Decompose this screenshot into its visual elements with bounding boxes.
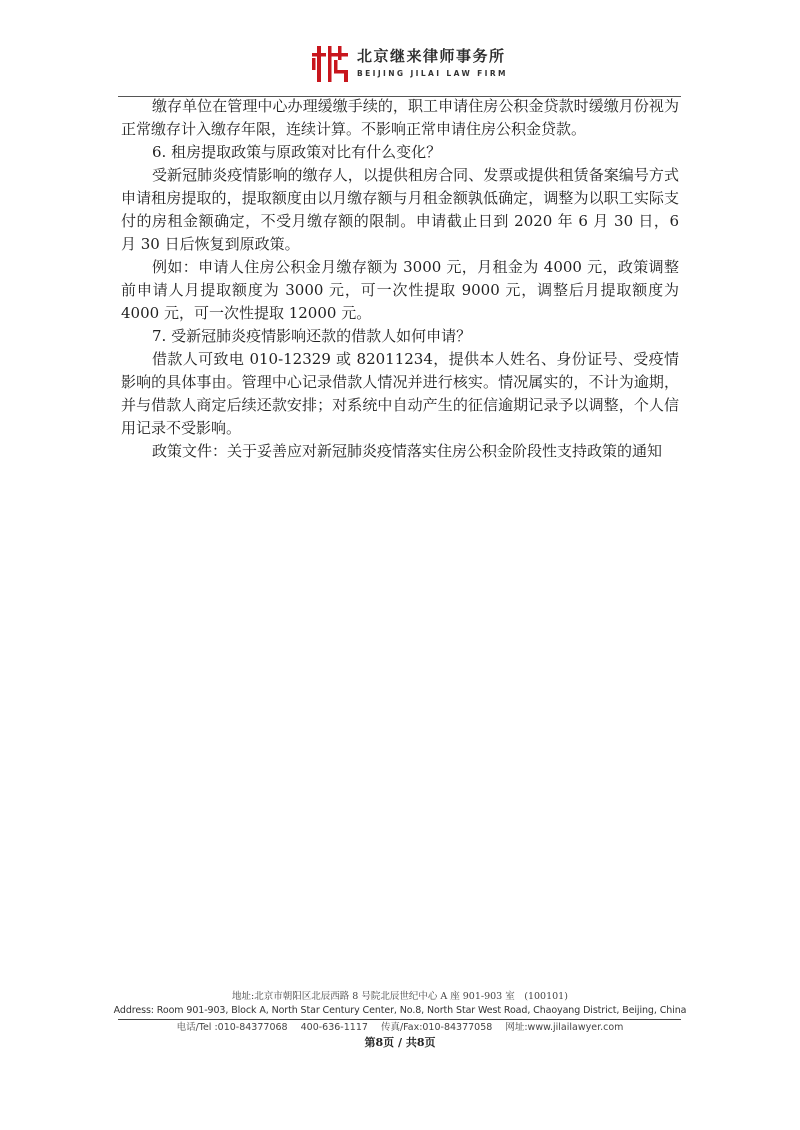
document-body: 缴存单位在管理中心办理缓缴手续的，职工申请住房公积金贷款时缓缴月份视为正常缴存计…	[121, 95, 679, 463]
firm-name-block: 北京继来律师事务所 BEIJING JILAI LAW FIRM	[357, 47, 508, 78]
firm-name-en: BEIJING JILAI LAW FIRM	[357, 69, 508, 78]
paragraph: 受新冠肺炎疫情影响的缴存人，以提供租房合同、发票或提供租赁备案编号方式申请租房提…	[121, 164, 679, 256]
section-heading-6: 6. 租房提取政策与原政策对比有什么变化？	[121, 141, 679, 164]
paragraph: 缴存单位在管理中心办理缓缴手续的，职工申请住房公积金贷款时缓缴月份视为正常缴存计…	[121, 95, 679, 141]
page-indicator: 第8页 / 共8页	[0, 1035, 800, 1050]
policy-document-reference: 政策文件：关于妥善应对新冠肺炎疫情落实住房公积金阶段性支持政策的通知	[121, 440, 679, 463]
address-en: Address: Room 901-903, Block A, North St…	[0, 1004, 800, 1018]
letterhead: 北京继来律师事务所 BEIJING JILAI LAW FIRM	[0, 0, 800, 100]
section-heading-7: 7. 受新冠肺炎疫情影响还款的借款人如何申请？	[121, 325, 679, 348]
hotline: 400-636-1117	[301, 1022, 368, 1033]
paragraph-example: 例如：申请人住房公积金月缴存额为 3000 元，月租金为 4000 元，政策调整…	[121, 256, 679, 325]
telephone: 电话/Tel :010-84377068	[177, 1022, 288, 1033]
footer-address: 地址:北京市朝阳区北辰西路 8 号院北辰世纪中心 A 座 901-903 室 (…	[0, 990, 800, 1018]
contact-line: 电话/Tel :010-84377068 400-636-1117 传真/Fax…	[0, 1021, 800, 1035]
website-link[interactable]: 网址:www.jilailawyer.com	[505, 1022, 623, 1033]
fax: 传真/Fax:010-84377058	[381, 1022, 492, 1033]
address-cn: 地址:北京市朝阳区北辰西路 8 号院北辰世纪中心 A 座 901-903 室 (…	[0, 990, 800, 1004]
firm-logo-icon	[312, 44, 348, 84]
footer-divider	[118, 1019, 681, 1020]
paragraph: 借款人可致电 010-12329 或 82011234，提供本人姓名、身份证号、…	[121, 348, 679, 440]
footer-contact: 电话/Tel :010-84377068 400-636-1117 传真/Fax…	[0, 1021, 800, 1050]
firm-name-cn: 北京继来律师事务所	[357, 47, 508, 65]
